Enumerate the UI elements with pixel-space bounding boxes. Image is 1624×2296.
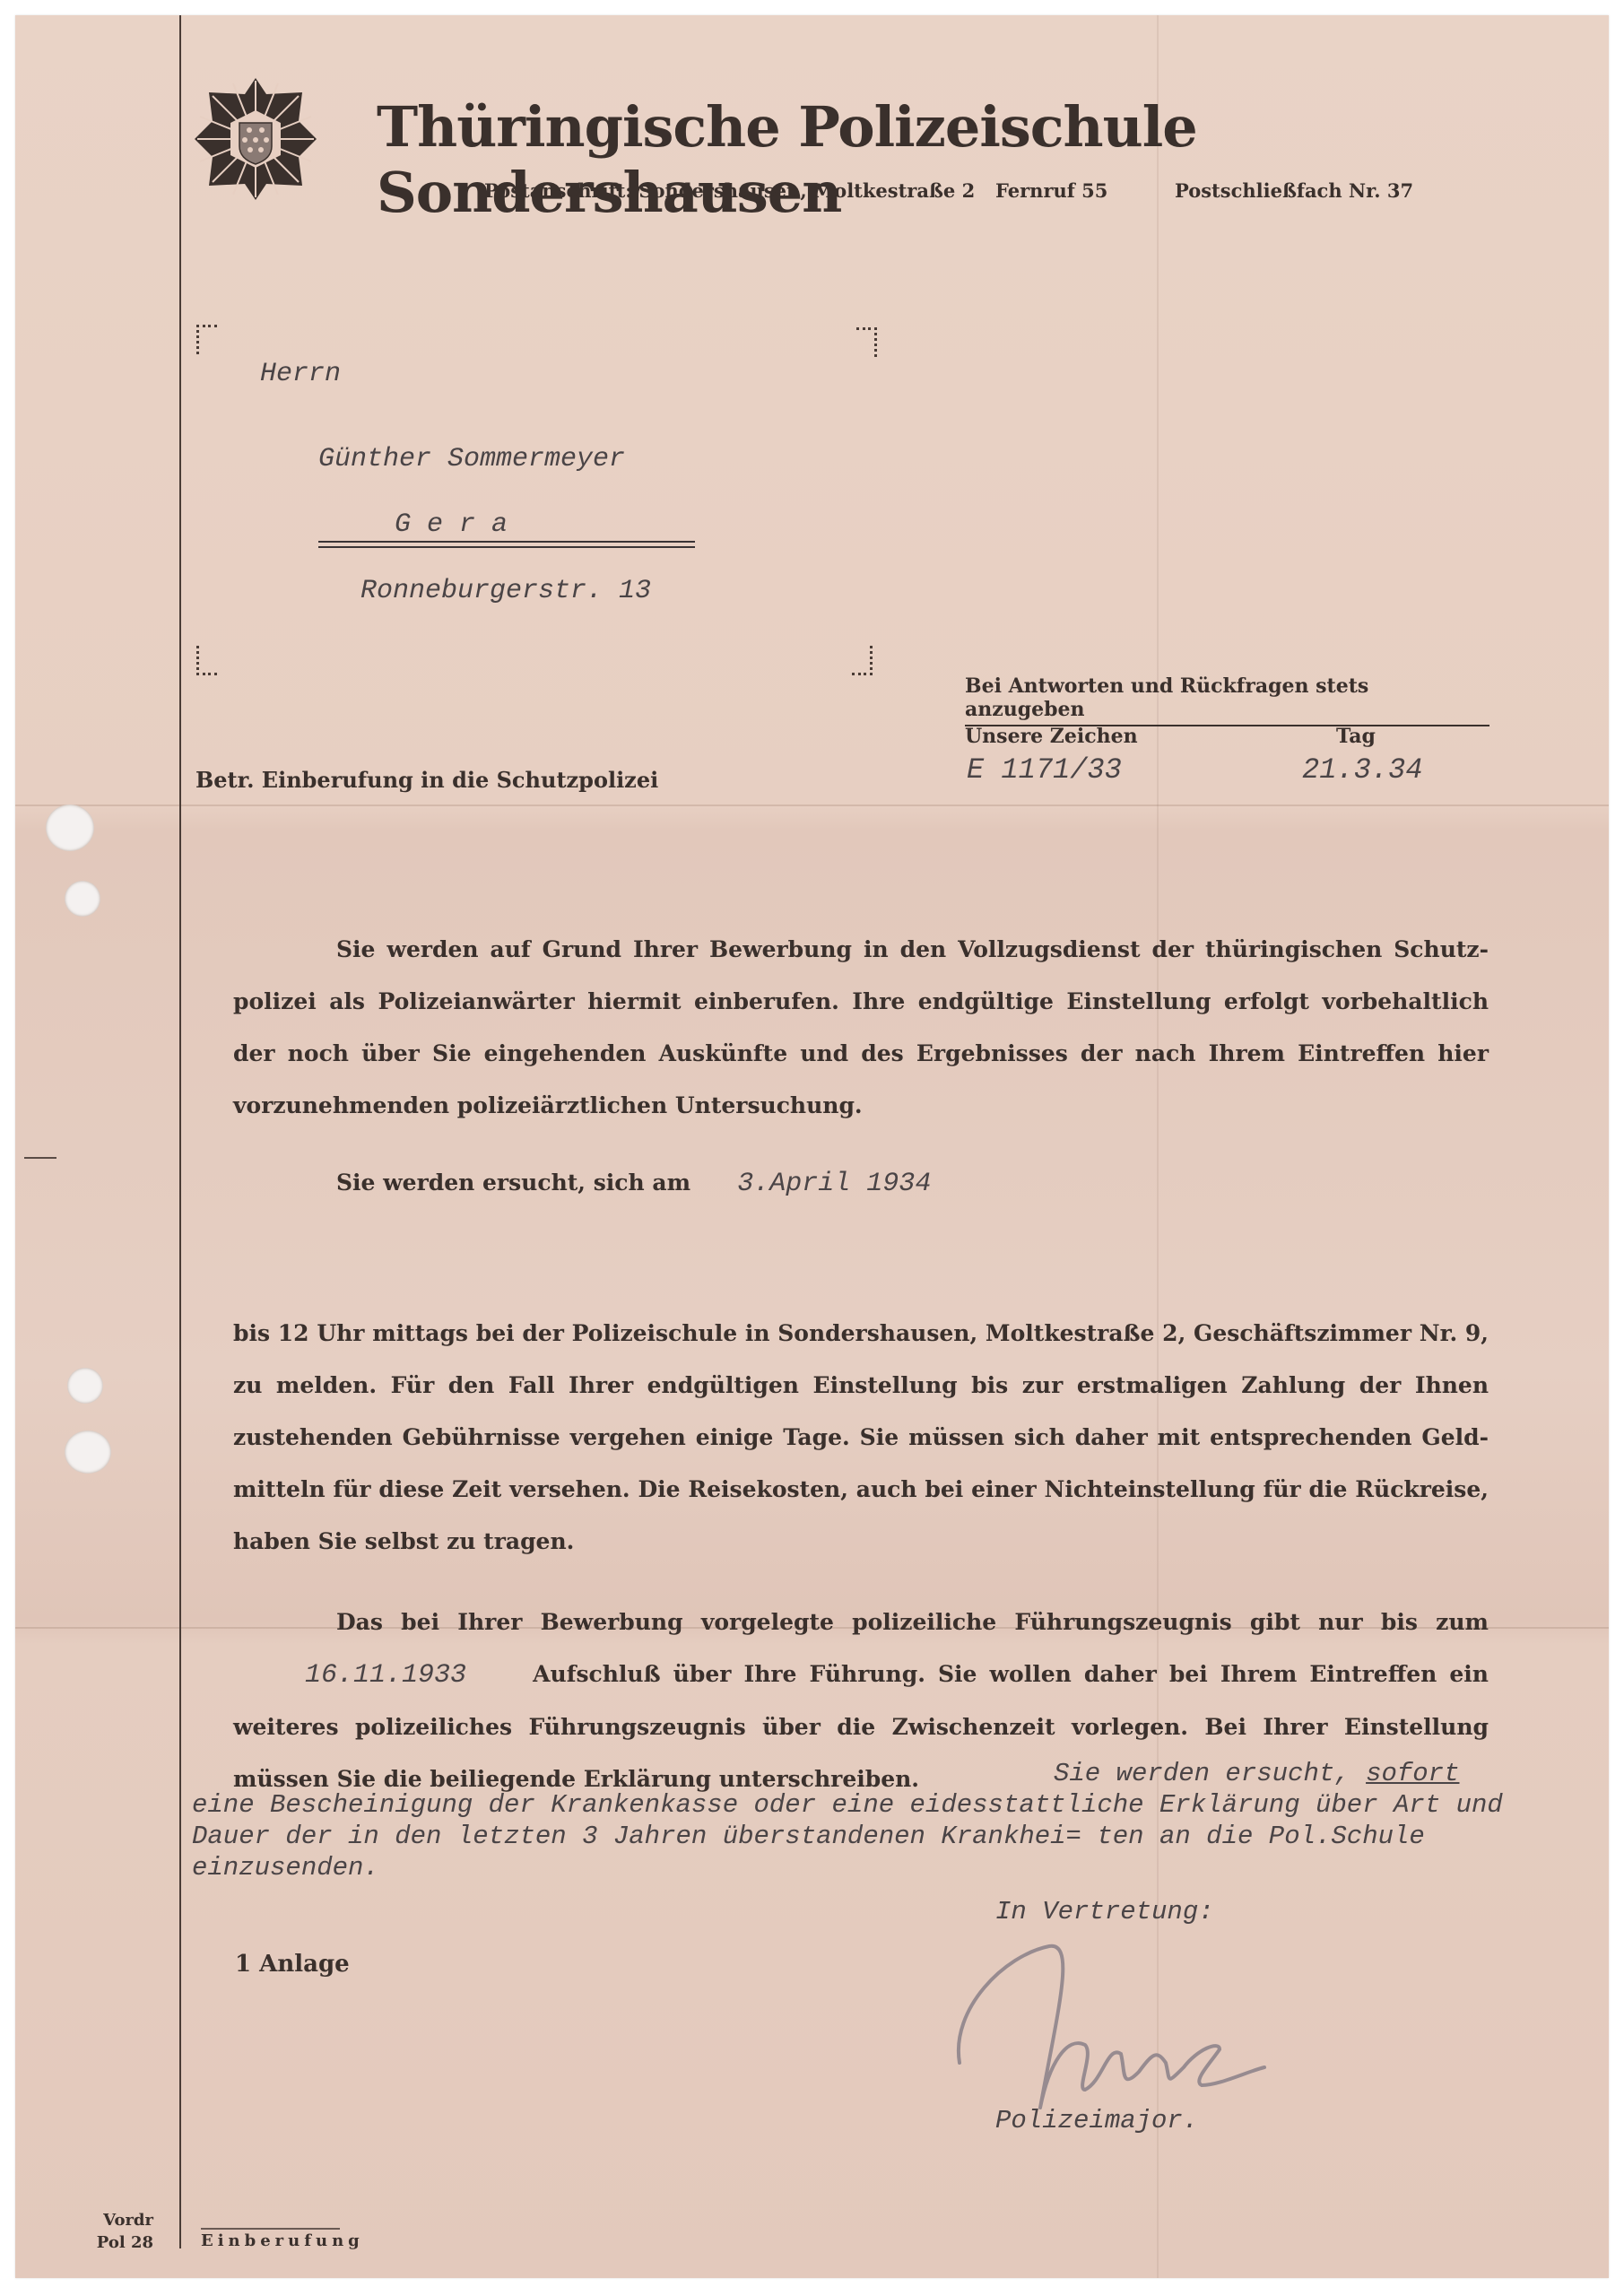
body-paragraph-2: Sie werden ersucht, sich am 3.April 1934	[336, 1157, 1143, 1210]
punch-hole	[65, 1431, 111, 1474]
phone-number: Fernruf 55	[995, 179, 1107, 202]
city-underline	[318, 541, 695, 548]
addendum-underlined: sofort	[1366, 1759, 1459, 1788]
recipient-city: G e r a	[395, 509, 508, 540]
subject-line: Betr. Einberufung in die Schutzpolizei	[195, 767, 658, 793]
our-ref-label: Unsere Zeichen	[965, 725, 1138, 748]
address-window-corner	[196, 325, 217, 354]
date-label: Tag	[1336, 725, 1376, 748]
our-ref-value: E 1171/33	[967, 753, 1122, 787]
punch-hole	[67, 1368, 103, 1404]
typed-addendum-continued: eine Bescheinigung der Krankenkasse oder…	[192, 1789, 1573, 1883]
report-date: 3.April 1934	[737, 1169, 931, 1199]
report-request-text: Sie werden ersucht, sich am	[336, 1170, 690, 1196]
body-paragraph-1: Sie werden auf Grund Ihrer Bewerbung in …	[233, 924, 1489, 1132]
certificate-date: 16.11.1933	[305, 1660, 466, 1691]
address-window-corner	[852, 646, 873, 675]
body-paragraph-3: bis 12 Uhr mittags bei der Polizeischule…	[233, 1308, 1489, 1568]
paragraph-4-text-a: Das bei Ihrer Bewerbung vorgelegte poliz…	[336, 1609, 1489, 1635]
on-behalf-label: In Vertretung:	[995, 1897, 1214, 1926]
institution-name: Thüringische Polizeischule Sondershausen	[377, 94, 1624, 225]
addendum-text-a: Sie werden ersucht,	[1054, 1759, 1350, 1788]
po-box: Postschließfach Nr. 37	[1175, 179, 1413, 202]
reference-header: Bei Antworten und Rückfragen stets anzug…	[965, 674, 1489, 726]
recipient-name: Günther Sommermeyer	[318, 444, 625, 474]
address-window-corner	[196, 646, 217, 675]
postal-address: Postanschrift: Sondershausen, Moltkestra…	[484, 179, 975, 202]
police-star-emblem-icon	[193, 76, 318, 202]
form-name: Einberufung	[201, 2228, 340, 2250]
punch-hole	[65, 881, 100, 917]
address-window-corner	[856, 327, 877, 357]
margin-rule	[179, 15, 181, 2248]
punch-hole	[46, 804, 94, 851]
handwritten-signature: Bauer	[951, 1937, 1327, 2117]
fold-line	[15, 804, 1609, 806]
fold-mark	[24, 1157, 56, 1159]
typed-addendum: Sie werden ersucht, sofort	[1054, 1758, 1556, 1789]
date-value: 21.3.34	[1302, 753, 1422, 787]
form-number: Pol 28	[97, 2233, 153, 2252]
enclosure-note: 1 Anlage	[235, 1951, 350, 1978]
svg-text:Bauer: Bauer	[951, 1937, 954, 1938]
recipient-salutation: Herrn	[260, 359, 341, 389]
letter-page	[15, 15, 1609, 2278]
recipient-street: Ronneburgerstr. 13	[360, 576, 651, 606]
signatory-title: Polizeimajor.	[995, 2106, 1198, 2135]
form-label: Vordr	[103, 2211, 153, 2230]
